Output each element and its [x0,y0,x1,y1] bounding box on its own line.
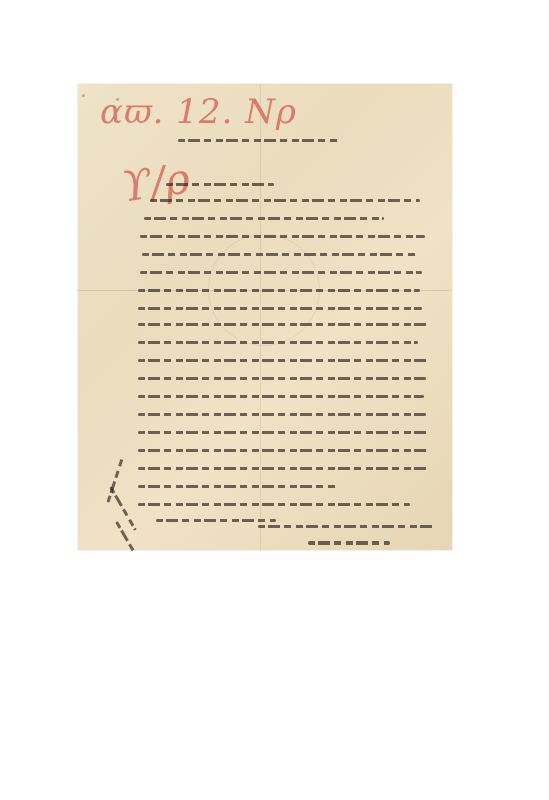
body-line [140,232,425,241]
body-line [142,250,418,259]
date-line [178,136,338,145]
closing-line [258,522,434,531]
body-line [138,286,420,295]
body-line [138,500,410,509]
body-line [144,214,384,223]
body-line [138,304,422,313]
salutation-line [166,180,274,189]
body-line [138,374,426,383]
body-line [140,268,422,277]
body-line [138,482,338,491]
body-line [138,392,424,401]
body-line [138,446,428,455]
body-line [138,428,428,437]
archive-reference-mark: αϖ. 12. Νρ [100,92,297,132]
body-line [138,464,428,473]
body-line [138,338,418,347]
paper-stain [82,94,85,97]
signature [308,538,390,547]
body-line [138,410,426,419]
letter-page: αϖ. 12. Νρ ϒ/ρ [78,84,452,550]
body-line [138,320,428,329]
body-line [138,356,428,365]
body-line [150,196,420,205]
